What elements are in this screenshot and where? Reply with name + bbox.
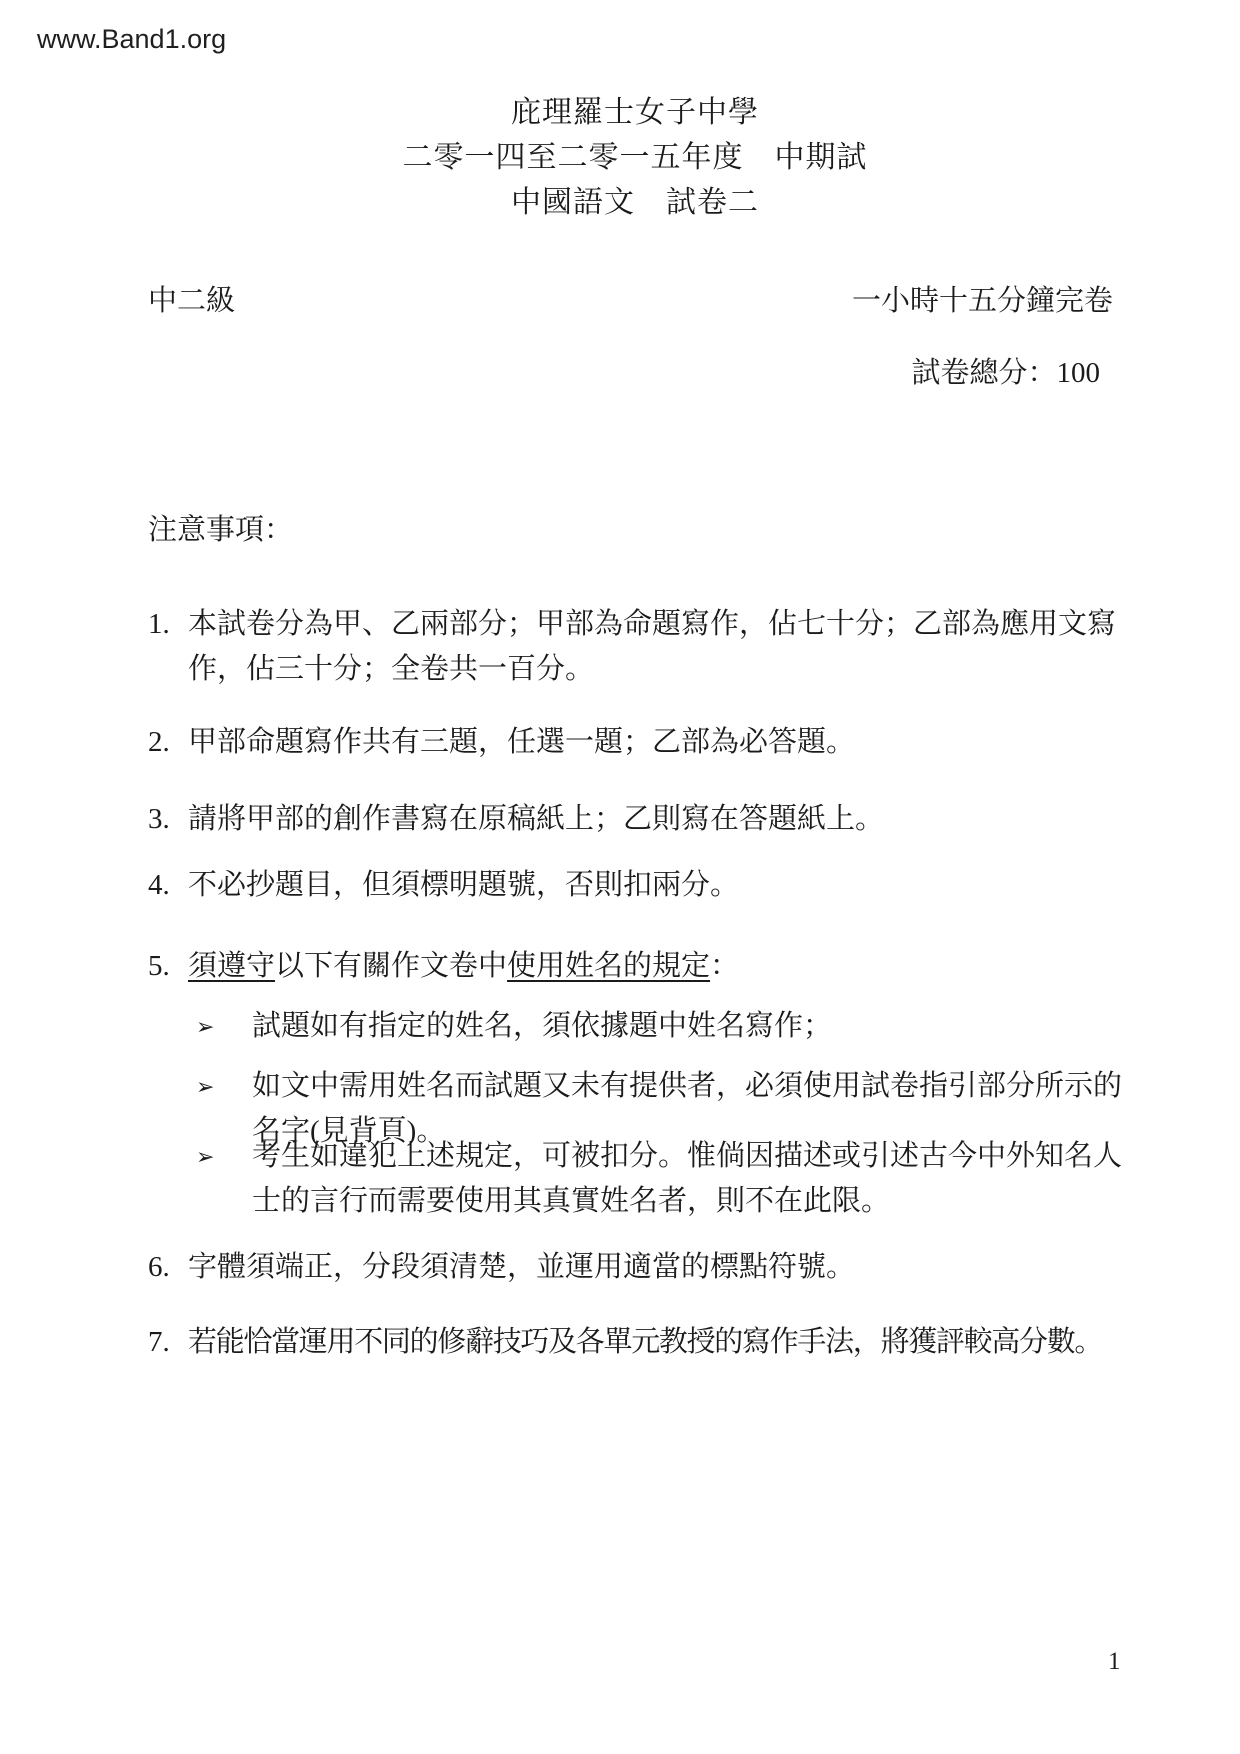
sub-bullet-1: ➢ 試題如有指定的姓名，須依據題中姓名寫作； [196,1004,1140,1049]
item-number: 1. [148,602,188,647]
info-row: 中二級 一小時十五分鐘完卷 [148,282,1113,320]
arrow-bullet-icon: ➢ [196,1064,252,1109]
item-number: 4. [148,863,188,908]
note-item-2: 2. 甲部命題寫作共有三題，任選一題；乙部為必答題。 [148,720,1140,765]
time-allowed: 一小時十五分鐘完卷 [852,282,1113,320]
school-name: 庇理羅士女子中學 [30,90,1240,135]
notes-heading: 注意事項： [148,508,293,553]
bullet-text: 試題如有指定的姓名，須依據題中姓名寫作； [252,1004,832,1049]
item-text: 字體須端正，分段須清楚，並運用適當的標點符號。 [188,1245,855,1290]
item-number: 2. [148,720,188,765]
colon: ： [710,950,739,982]
subject-and-paper: 中國語文 試卷二 [30,180,1240,225]
note-item-3: 3. 請將甲部的創作書寫在原稿紙上；乙則寫在答題紙上。 [148,797,1140,842]
item-text: 不必抄題目，但須標明題號，否則扣兩分。 [188,863,739,908]
year-and-exam: 二零一四至二零一五年度 中期試 [30,135,1240,180]
paper-header: 庇理羅士女子中學 二零一四至二零一五年度 中期試 中國語文 試卷二 [0,90,1240,225]
item-text: 請將甲部的創作書寫在原稿紙上；乙則寫在答題紙上。 [188,797,884,842]
sub-bullet-3: ➢ 考生如違犯上述規定，可被扣分。惟倘因描述或引述古今中外知名人 士的言行而需要… [196,1134,1140,1224]
item-number: 5. [148,944,188,989]
note-item-5: 5. 須遵守以下有關作文卷中使用姓名的規定： [148,944,1140,989]
exam-paper-page: www.Band1.org 庇理羅士女子中學 二零一四至二零一五年度 中期試 中… [0,0,1240,1754]
arrow-bullet-icon: ➢ [196,1004,252,1049]
item-number: 6. [148,1245,188,1290]
item-text: 本試卷分為甲、乙兩部分；甲部為命題寫作，佔七十分；乙部為應用文寫 作，佔三十分；… [188,602,1116,692]
note-item-6: 6. 字體須端正，分段須清楚，並運用適當的標點符號。 [148,1245,1140,1290]
arrow-bullet-icon: ➢ [196,1134,252,1179]
page-number: 1 [1108,1646,1121,1678]
item-number: 3. [148,797,188,842]
form-level: 中二級 [148,282,235,320]
note-item-1: 1. 本試卷分為甲、乙兩部分；甲部為命題寫作，佔七十分；乙部為應用文寫 作，佔三… [148,602,1140,692]
underlined-phrase: 須遵守 [188,950,275,982]
item-text: 若能恰當運用不同的修辭技巧及各單元教授的寫作手法，將獲評較高分數。 [188,1320,1102,1365]
plain-phrase: 以下有關作文卷中 [275,950,507,982]
item-text: 甲部命題寫作共有三題，任選一題；乙部為必答題。 [188,720,855,765]
note-item-7: 7. 若能恰當運用不同的修辭技巧及各單元教授的寫作手法，將獲評較高分數。 [148,1320,1140,1365]
item-number: 7. [148,1320,188,1365]
note-item-4: 4. 不必抄題目，但須標明題號，否則扣兩分。 [148,863,1140,908]
item-text: 須遵守以下有關作文卷中使用姓名的規定： [188,944,739,989]
total-marks: 試卷總分：100 [911,354,1100,392]
watermark-url: www.Band1.org [37,24,226,55]
underlined-phrase: 使用姓名的規定 [507,950,710,982]
bullet-text: 考生如違犯上述規定，可被扣分。惟倘因描述或引述古今中外知名人 士的言行而需要使用… [252,1134,1122,1224]
